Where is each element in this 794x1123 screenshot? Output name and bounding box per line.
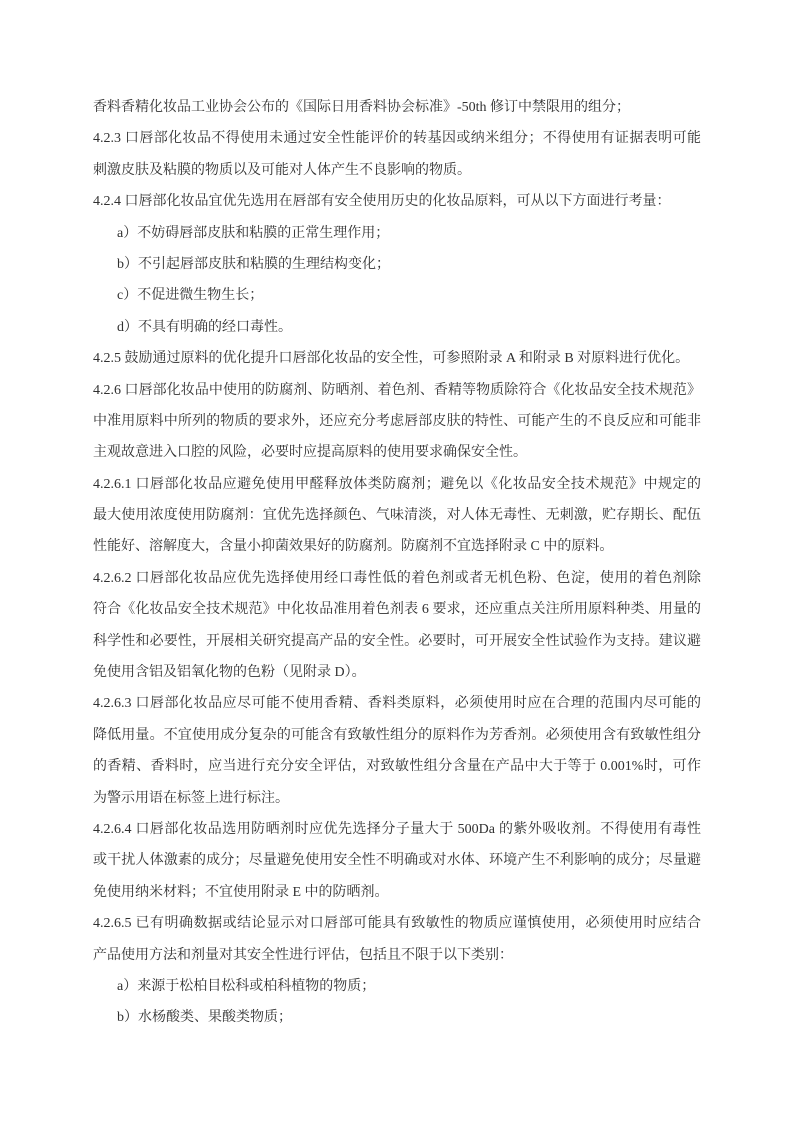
text-line: 最大使用浓度使用防腐剂：宜优先选择颜色、气味清淡，对人体无毒性、无刺激，贮存期长…	[93, 500, 701, 531]
text-line: 4.2.6.1 口唇部化妆品应避免使用甲醛释放体类防腐剂；避免以《化妆品安全技术…	[93, 469, 701, 500]
text-line: 产品使用方法和剂量对其安全性进行评估，包括且不限于以下类别：	[93, 940, 701, 971]
text-line: 刺激皮肤及粘膜的物质以及可能对人体产生不良影响的物质。	[93, 155, 701, 186]
text-line: 香料香精化妆品工业协会公布的《国际日用香料协会标准》-50th 修订中禁限用的组…	[93, 92, 701, 123]
text-line: 4.2.6.5 已有明确数据或结论显示对口唇部可能具有致敏性的物质应谨慎使用，必…	[93, 908, 701, 939]
text-line: b）不引起唇部皮肤和粘膜的生理结构变化；	[93, 249, 701, 280]
text-line: 降低用量。不宜使用成分复杂的可能含有致敏性组分的原料作为芳香剂。必须使用含有致敏…	[93, 720, 701, 751]
text-line: 4.2.6 口唇部化妆品中使用的防腐剂、防晒剂、着色剂、香精等物质除符合《化妆品…	[93, 375, 701, 406]
text-line: 的香精、香料时，应当进行充分安全评估，对致敏性组分含量在产品中大于等于 0.00…	[93, 751, 701, 782]
text-line: c）不促进微生物生长；	[93, 280, 701, 311]
text-line: 4.2.6.3 口唇部化妆品应尽可能不使用香精、香料类原料，必须使用时应在合理的…	[93, 688, 701, 719]
text-line: 免使用纳米材料；不宜使用附录 E 中的防晒剂。	[93, 877, 701, 908]
text-line: 4.2.4 口唇部化妆品宜优先选用在唇部有安全使用历史的化妆品原料，可从以下方面…	[93, 186, 701, 217]
text-line: d）不具有明确的经口毒性。	[93, 312, 701, 343]
text-line: 中准用原料中所列的物质的要求外，还应充分考虑唇部皮肤的特性、可能产生的不良反应和…	[93, 406, 701, 437]
text-line: 或干扰人体激素的成分；尽量避免使用安全性不明确或对水体、环境产生不利影响的成分；…	[93, 845, 701, 876]
text-line: 符合《化妆品安全技术规范》中化妆品准用着色剂表 6 要求，还应重点关注所用原料种…	[93, 594, 701, 625]
text-line: 4.2.3 口唇部化妆品不得使用未通过安全性能评价的转基因或纳米组分；不得使用有…	[93, 123, 701, 154]
text-line: 为警示用语在标签上进行标注。	[93, 783, 701, 814]
document-page: 香料香精化妆品工业协会公布的《国际日用香料协会标准》-50th 修订中禁限用的组…	[0, 0, 794, 1123]
text-line: b）水杨酸类、果酸类物质；	[93, 1002, 701, 1033]
text-line: 免使用含铝及铝氧化物的色粉（见附录 D）。	[93, 657, 701, 688]
text-line: 主观故意进入口腔的风险，必要时应提高原料的使用要求确保安全性。	[93, 437, 701, 468]
text-line: 4.2.6.2 口唇部化妆品应优先选择使用经口毒性低的着色剂或者无机色粉、色淀，…	[93, 563, 701, 594]
text-line: a）不妨碍唇部皮肤和粘膜的正常生理作用；	[93, 218, 701, 249]
text-line: 科学性和必要性，开展相关研究提高产品的安全性。必要时，可开展安全性试验作为支持。…	[93, 626, 701, 657]
text-line: 性能好、溶解度大，含量小抑菌效果好的防腐剂。防腐剂不宜选择附录 C 中的原料。	[93, 531, 701, 562]
text-line: 4.2.5 鼓励通过原料的优化提升口唇部化妆品的安全性，可参照附录 A 和附录 …	[93, 343, 701, 374]
document-body: 香料香精化妆品工业协会公布的《国际日用香料协会标准》-50th 修订中禁限用的组…	[93, 92, 701, 1034]
text-line: a）来源于松柏目松科或柏科植物的物质；	[93, 971, 701, 1002]
text-line: 4.2.6.4 口唇部化妆品选用防晒剂时应优先选择分子量大于 500Da 的紫外…	[93, 814, 701, 845]
